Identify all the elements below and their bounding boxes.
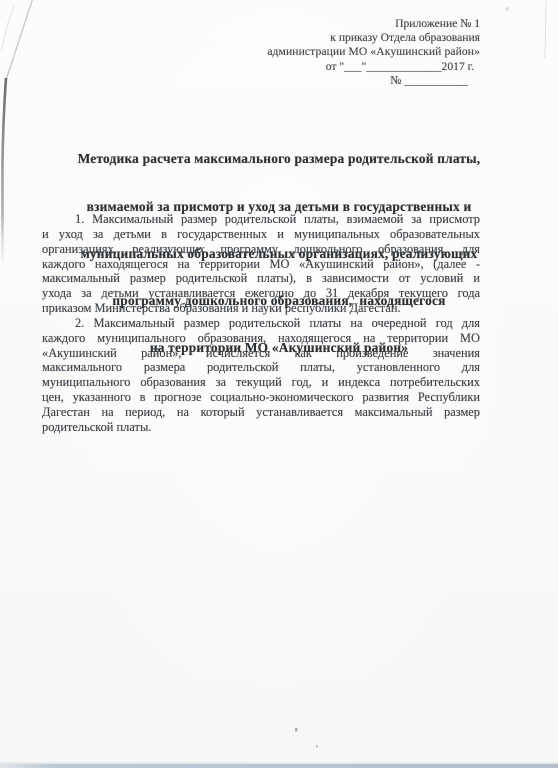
- body-line: максимальный размер родительской платы),…: [42, 271, 480, 286]
- body-line: «Акушинский район», исчисляется как прои…: [42, 346, 480, 361]
- scanner-bottom-strip: [0, 764, 558, 768]
- scanner-strip-highlight: [0, 763, 558, 765]
- paragraph-2: 2. Максимальный размер родительской плат…: [42, 316, 480, 435]
- administration-line: администрации МО «Акушинский район»: [180, 45, 480, 59]
- body-line: Дагестан на период, на который устанавли…: [42, 405, 480, 420]
- dust-speck: [316, 745, 318, 748]
- body-line: и уход за детьми в государственных и мун…: [42, 227, 480, 242]
- body-line: муниципального образования за текущий го…: [42, 375, 480, 390]
- attachment-number-line: Приложение № 1: [180, 17, 480, 31]
- left-edge-scan-shadow: [3, 78, 7, 262]
- body-line: цен, указанного в прогнозе социально-эко…: [42, 390, 480, 405]
- body-line: каждого находящегося на территории МО «А…: [42, 257, 480, 272]
- document-body: 1. Максимальный размер родительской плат…: [42, 212, 480, 435]
- body-line: максимального размера родительской платы…: [42, 360, 480, 375]
- body-line: 1. Максимальный размер родительской плат…: [42, 212, 480, 227]
- right-edge-crease: [545, 0, 546, 58]
- dust-smudge: [505, 7, 509, 11]
- body-line: каждого муниципального образования, нахо…: [42, 331, 480, 346]
- body-line: родительской платы.: [42, 420, 480, 435]
- paper-crease-mark: [6, 0, 33, 80]
- body-line: 2. Максимальный размер родительской плат…: [42, 316, 480, 331]
- paper-crease-mark-secondary: [2, 6, 14, 50]
- paragraph-1: 1. Максимальный размер родительской плат…: [42, 212, 480, 316]
- number-blank-line: № ___________: [180, 74, 480, 88]
- attachment-header: Приложение № 1 к приказу Отдела образова…: [180, 17, 480, 88]
- dust-speck: [295, 728, 298, 732]
- scanned-document-page: Приложение № 1 к приказу Отдела образова…: [0, 0, 558, 768]
- body-line: организациях, реализующих программу дошк…: [42, 242, 480, 257]
- body-line: ухода за детьми устанавливается ежегодно…: [42, 286, 480, 301]
- body-line: приказом Министерства образования и наук…: [42, 301, 480, 316]
- order-reference-line: к приказу Отдела образования: [180, 31, 480, 45]
- title-line: Методика расчета максимального размера р…: [40, 151, 518, 167]
- date-blank-line: от "___"_____________2017 г.: [180, 60, 480, 74]
